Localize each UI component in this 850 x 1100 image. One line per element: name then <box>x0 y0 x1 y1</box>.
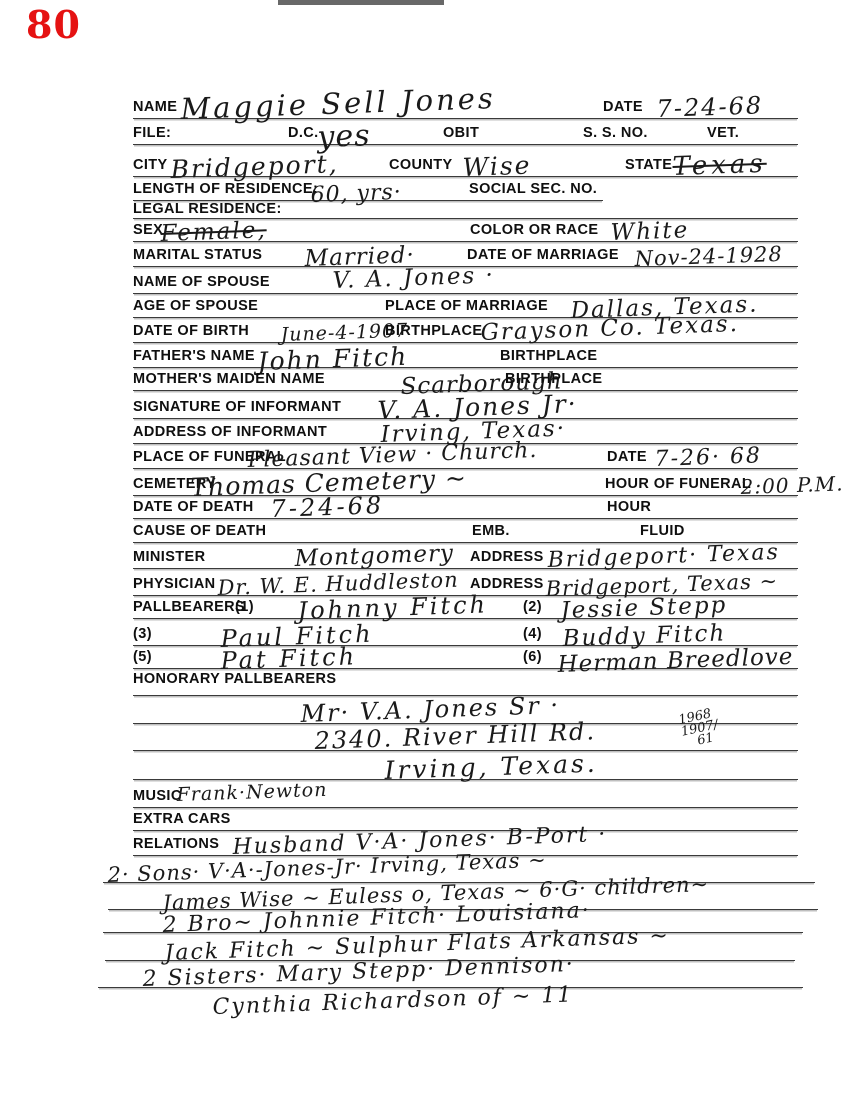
birth-label: DATE OF BIRTH <box>133 323 249 339</box>
cemetery-row: CEMETERY Thomas Cemetery ~ HOUR OF FUNER… <box>133 468 798 496</box>
spouse-label: NAME OF SPOUSE <box>133 274 270 290</box>
age-spouse-label: AGE OF SPOUSE <box>133 298 258 314</box>
informant-signature-label: SIGNATURE OF INFORMANT <box>133 399 341 415</box>
state-label: STATE <box>625 157 672 173</box>
sex-row: SEX Female, COLOR OR RACE White <box>133 218 798 242</box>
pallbearer-4-label: (4) <box>523 626 542 642</box>
emb-label: EMB. <box>472 523 510 539</box>
legal-residence-row: LEGAL RESIDENCE: <box>133 200 798 219</box>
pallbearer-5-label: (5) <box>133 649 152 665</box>
funeral-date-label: DATE <box>607 449 647 465</box>
mother-label: MOTHER'S MAIDEN NAME <box>133 371 325 387</box>
music-value: Frank·Newton <box>176 781 327 805</box>
hour-label: HOUR <box>607 499 651 515</box>
ssno-label: S. S. NO. <box>583 125 648 141</box>
state-value: Texas <box>672 151 767 180</box>
name-row: NAME Maggie Sell Jones DATE 7-24-68 <box>133 88 798 119</box>
cause-label: CAUSE OF DEATH <box>133 523 266 539</box>
relations-row-4: 2 Bro~ Johnnie Fitch· Louisiana· <box>103 909 803 933</box>
mother-birthplace-label: BIRTHPLACE <box>505 371 602 387</box>
funeral-record-form: NAME Maggie Sell Jones DATE 7-24-68 FILE… <box>133 88 798 1048</box>
date-label: DATE <box>603 99 643 115</box>
pallbearer-3-label: (3) <box>133 626 152 642</box>
marriage-place-label: PLACE OF MARRIAGE <box>385 298 548 314</box>
honorary-line-3: Irving, Texas. <box>133 750 798 780</box>
mother-row: MOTHER'S MAIDEN NAME Scarborough BIRTHPL… <box>133 367 798 391</box>
fluid-label: FLUID <box>640 523 685 539</box>
informant-address-label: ADDRESS OF INFORMANT <box>133 424 327 440</box>
relations-row-6: 2 Sisters· Mary Stepp· Dennison· <box>98 960 803 988</box>
pallbearers-row-1: PALLBEARERS (1) Johnny Fitch (2) Jessie … <box>133 595 798 619</box>
legal-residence-label: LEGAL RESIDENCE: <box>133 201 282 217</box>
funeral-hour-value: 2:00 P.M. <box>740 473 844 497</box>
dc-label: D.C. <box>288 125 319 141</box>
file-label: FILE: <box>133 125 171 141</box>
race-label: COLOR OR RACE <box>470 222 598 238</box>
minister-address-label: ADDRESS <box>470 549 544 565</box>
residence-row: LENGTH OF RESIDENCE: 60, yrs· SOCIAL SEC… <box>133 176 603 201</box>
pallbearer-2-label: (2) <box>523 599 542 615</box>
honorary-line-2: 2340. River Hill Rd. <box>133 723 798 751</box>
relations-label: RELATIONS <box>133 836 219 852</box>
page-number: 80 <box>26 6 81 44</box>
relations-line-7: Cynthia Richardson of ~ 11 <box>212 984 573 1019</box>
cause-row: CAUSE OF DEATH EMB. FLUID <box>133 518 798 543</box>
father-row: FATHER'S NAME John Fitch BIRTHPLACE <box>133 342 798 368</box>
honorary-label-row: HONORARY PALLBEARERS <box>133 668 798 696</box>
father-birthplace-label: BIRTHPLACE <box>500 348 597 364</box>
death-date-row: DATE OF DEATH 7-24-68 HOUR <box>133 495 798 519</box>
city-row: CITY Bridgeport, COUNTY Wise STATE Texas <box>133 144 798 177</box>
honorary-line-1: Mr· V.A. Jones Sr · 1968 1907/ 61 <box>133 695 798 724</box>
pallbearer-6-label: (6) <box>523 649 542 665</box>
file-row: FILE: D.C. yes OBIT S. S. NO. VET. <box>133 118 798 145</box>
obit-label: OBIT <box>443 125 479 141</box>
marriage-date-label: DATE OF MARRIAGE <box>467 247 619 263</box>
spouse-row: NAME OF SPOUSE V. A. Jones · <box>133 266 798 294</box>
minister-row: MINISTER Montgomery ADDRESS Bridgeport· … <box>133 542 798 569</box>
birthplace-value: Grayson Co. Texas. <box>480 313 739 345</box>
music-row: MUSIC Frank·Newton <box>133 779 798 808</box>
extra-cars-label: EXTRA CARS <box>133 811 231 827</box>
funeral-hour-label: HOUR OF FUNERAL <box>605 476 751 492</box>
honorary-line-2-value: 2340. River Hill Rd. <box>314 719 596 753</box>
pallbearers-row-3: (5) Pat Fitch (6) Herman Breedlove <box>133 645 798 669</box>
minister-label: MINISTER <box>133 549 205 565</box>
father-label: FATHER'S NAME <box>133 348 255 364</box>
birthplace-label: BIRTHPLACE <box>385 323 482 339</box>
informant-signature-row: SIGNATURE OF INFORMANT V. A. Jones Jr· <box>133 390 798 419</box>
death-date-label: DATE OF DEATH <box>133 499 254 515</box>
date-value: 7-24-68 <box>656 93 763 121</box>
marital-label: MARITAL STATUS <box>133 247 262 263</box>
vet-label: VET. <box>707 125 739 141</box>
physician-label: PHYSICIAN <box>133 576 216 592</box>
residence-label: LENGTH OF RESIDENCE: <box>133 181 318 197</box>
pallbearer-1-label: (1) <box>235 599 254 615</box>
spouse-value: V. A. Jones · <box>332 264 495 293</box>
pallbearers-row-2: (3) Paul Fitch (4) Buddy Fitch <box>133 618 798 646</box>
birth-row: DATE OF BIRTH June-4-1907 BIRTHPLACE Gra… <box>133 317 798 343</box>
honorary-label: HONORARY PALLBEARERS <box>133 671 337 687</box>
scan-artifact-bar <box>278 0 444 5</box>
death-date-value: 7-24-68 <box>270 493 384 521</box>
sex-label: SEX <box>133 222 163 238</box>
name-label: NAME <box>133 99 177 115</box>
music-label: MUSIC <box>133 788 182 804</box>
relations-row-7: Cynthia Richardson of ~ 11 <box>133 987 798 1027</box>
minister-value: Montgomery <box>294 542 454 571</box>
pallbearers-label: PALLBEARERS <box>133 599 245 615</box>
city-label: CITY <box>133 157 168 173</box>
county-label: COUNTY <box>389 157 453 173</box>
social-sec-label: SOCIAL SEC. NO. <box>469 181 597 197</box>
